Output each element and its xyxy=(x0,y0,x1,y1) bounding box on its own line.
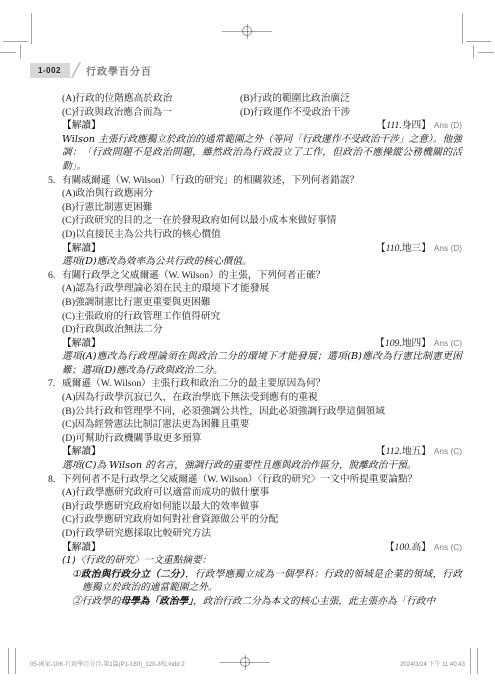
crop-mark xyxy=(31,13,32,44)
option: (B)公共行政和管理學不同，必須強調公共性，因此必須強調行政學這個領域 xyxy=(62,405,462,419)
explanation-text: 選項(A)應改為行政理論須在與政治二分的環境下才能發展；選項(B)應改為行憲比制… xyxy=(62,350,462,377)
crop-mark xyxy=(470,648,471,674)
book-title: 行政學百分百 xyxy=(86,63,152,78)
crop-mark xyxy=(15,648,16,674)
slash-divider-icon xyxy=(71,62,82,78)
crop-mark xyxy=(8,648,9,674)
exam-tag: 【111.身四】Ans (D) xyxy=(377,119,462,133)
explain-label: 【解讀】 xyxy=(62,541,101,555)
explanation-header: 【解讀】 【110.地三】Ans (D) xyxy=(62,242,462,256)
question-block-6: 6.有關行政學之父威爾遜（W. Wilson）的主張，下列何者正確？ (A)認為… xyxy=(48,269,462,378)
book-page: 1-002 行政學百分百 (A)行政的位階應高於政治(B)行政的範圍比政治廣泛 … xyxy=(0,0,495,700)
crop-mark xyxy=(473,45,474,58)
option: (A)行政的位階應高於政治 xyxy=(62,92,240,106)
exam-tag: 【109.地四】Ans (C) xyxy=(375,337,462,351)
answer-label: Ans (C) xyxy=(434,542,462,552)
explanation-intro: (1)〈行政的研究〉一文重點摘要： xyxy=(62,554,462,568)
question-number: 8. xyxy=(48,473,62,487)
question-stem: 8.下列何者不是行政學之父威爾遜（W. Wilson）〈行政的研究〉一文中所提重… xyxy=(62,473,462,487)
option: (D)行政學研究應採取比較研究方法 xyxy=(62,527,462,541)
explain-label: 【解讀】 xyxy=(62,337,101,351)
option: (D)以直接民主為公共行政的核心價值 xyxy=(62,228,462,242)
crop-mark xyxy=(0,52,16,53)
footer-filename: 05-國家-10K-行政學百分百-第1篇(P1-180)_120-3校.indd… xyxy=(30,659,185,668)
crop-mark xyxy=(466,41,491,42)
explanation-header: 【解讀】 【111.身四】Ans (D) xyxy=(62,119,462,133)
question-number: 5. xyxy=(48,174,62,188)
explanation-outline: (1)〈行政的研究〉一文重點摘要： ①政治與行政分立（二分），行政學應獨立成為一… xyxy=(62,554,462,608)
option: (C)主張政府的行政管理工作值得研究 xyxy=(62,310,462,324)
explain-label: 【解讀】 xyxy=(62,119,101,133)
option: (C)行政與政治應合而為一 xyxy=(62,106,240,120)
crop-mark xyxy=(3,41,28,42)
exam-tag: 【100.高】Ans (C) xyxy=(385,541,462,555)
question-block-7: 7.威爾遜（W. Wilson）主張行政和政治二分的最主要原因為何？ (A)因為… xyxy=(48,377,462,472)
exam-tag: 【112.地五】Ans (C) xyxy=(376,445,462,459)
explanation-header: 【解讀】 【112.地五】Ans (C) xyxy=(62,445,462,459)
option: (D)可幫助行政機關爭取更多預算 xyxy=(62,432,462,446)
page-number-badge: 1-002 xyxy=(30,63,70,78)
option-row: (A)行政的位階應高於政治(B)行政的範圍比政治廣泛 xyxy=(62,92,462,106)
option: (D)行政與政治無法二分 xyxy=(62,323,462,337)
explanation-header: 【解讀】 【109.地四】Ans (C) xyxy=(62,337,462,351)
option: (B)行政學應研究政府如何能以最大的效率做事 xyxy=(62,500,462,514)
explain-label: 【解讀】 xyxy=(62,445,101,459)
option: (A)行政學應研究政府可以適當而成功的做什麼事 xyxy=(62,486,462,500)
option: (B)強調制憲比行憲更重要與更困難 xyxy=(62,296,462,310)
page-header: 1-002 行政學百分百 xyxy=(30,62,152,78)
crop-mark xyxy=(20,45,21,58)
question-block-4: (A)行政的位階應高於政治(B)行政的範圍比政治廣泛 (C)行政與政治應合而為一… xyxy=(48,92,462,174)
question-block-5: 5.有關威爾遜（W. Wilson）「行政的研究」的相關敘述，下列何者錯誤？ (… xyxy=(48,174,462,269)
explanation-text: Wilson 主張行政應獨立於政治的通常範圍之外（等同「行政運作不受政治干涉」之… xyxy=(62,133,462,174)
option: (A)政治與行政應兩分 xyxy=(62,187,462,201)
explanation-item: ②行政學的母學為「政治學」，政治行政二分為本文的核心主張，此主張亦為「行政中 xyxy=(62,595,462,609)
option-row: (C)行政與政治應合而為一(D)行政運作不受政治干涉 xyxy=(62,106,462,120)
explanation-text: 選項(C)為 Wilson 的名言，強調行政的重要性且應與政治作區分，脫離政治干… xyxy=(62,459,462,473)
option: (B)行憲比制憲更困難 xyxy=(62,201,462,215)
crop-mark xyxy=(477,648,478,674)
question-list: (A)行政的位階應高於政治(B)行政的範圍比政治廣泛 (C)行政與政治應合而為一… xyxy=(48,92,462,609)
explanation-header: 【解讀】 【100.高】Ans (C) xyxy=(62,541,462,555)
answer-label: Ans (C) xyxy=(434,446,462,456)
explanation-text: 選項(D)應改為效率為公共行政的核心價值。 xyxy=(62,255,462,269)
question-number: 6. xyxy=(48,269,62,283)
question-stem: 6.有關行政學之父威爾遜（W. Wilson）的主張，下列何者正確？ xyxy=(62,269,462,283)
question-number: 7. xyxy=(48,377,62,391)
exam-tag: 【110.地三】Ans (D) xyxy=(376,242,462,256)
question-block-8: 8.下列何者不是行政學之父威爾遜（W. Wilson）〈行政的研究〉一文中所提重… xyxy=(48,473,462,609)
footer-timestamp: 2024/3/24 下午 11:40:43 xyxy=(400,659,465,668)
option: (D)行政運作不受政治干涉 xyxy=(240,107,350,118)
explain-label: 【解讀】 xyxy=(62,242,101,256)
option: (C)行政研究的目的之一在於發現政府如何以最小成本來做好事情 xyxy=(62,214,462,228)
question-stem: 5.有關威爾遜（W. Wilson）「行政的研究」的相關敘述，下列何者錯誤？ xyxy=(62,174,462,188)
answer-label: Ans (C) xyxy=(434,338,462,348)
option: (B)行政的範圍比政治廣泛 xyxy=(240,93,350,104)
registration-mark xyxy=(240,657,250,667)
option: (A)因為行政學沉寂已久，在政治學底下無法受到應有的重視 xyxy=(62,391,462,405)
answer-label: Ans (D) xyxy=(434,120,462,130)
crop-mark xyxy=(462,13,463,44)
crop-mark xyxy=(478,52,494,53)
registration-mark xyxy=(242,26,252,36)
option: (A)認為行政學理論必須在民主的環境下才能發展 xyxy=(62,282,462,296)
question-stem: 7.威爾遜（W. Wilson）主張行政和政治二分的最主要原因為何？ xyxy=(62,377,462,391)
answer-label: Ans (D) xyxy=(434,243,462,253)
explanation-item: ①政治與行政分立（二分），行政學應獨立成為一個學科：行政的領域是企業的領域，行政… xyxy=(62,568,462,595)
option: (C)行政學應研究政府如何對社會資源做公平的分配 xyxy=(62,513,462,527)
option: (C)因為經營憲法比制訂憲法更為困難且重要 xyxy=(62,418,462,432)
